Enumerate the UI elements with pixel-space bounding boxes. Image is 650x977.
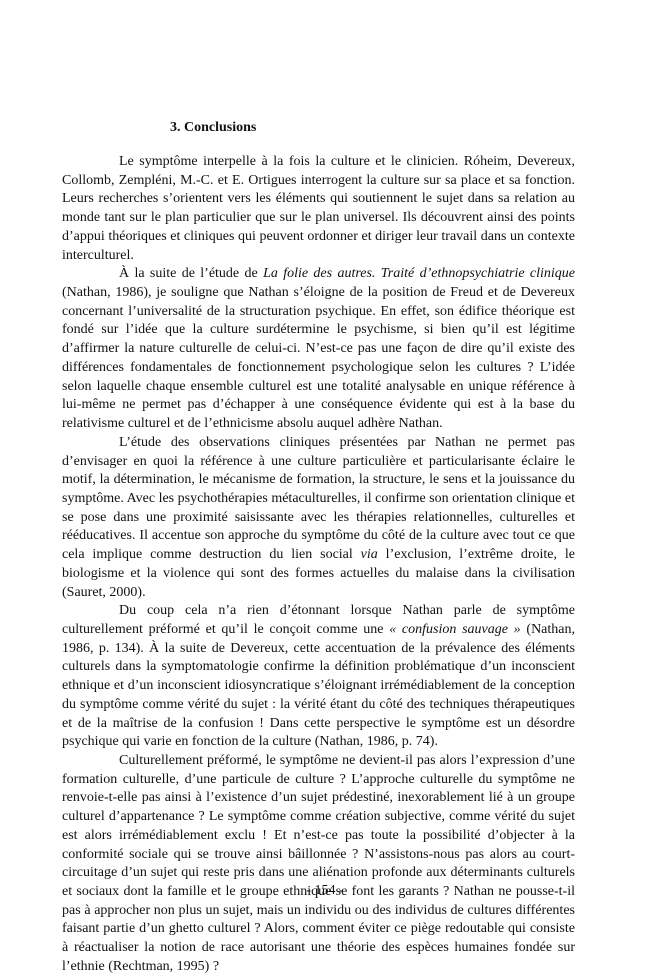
italic-term: via bbox=[361, 547, 378, 562]
text-run: cela implique comme destruction du lien … bbox=[62, 547, 361, 562]
text-line: culturel d’appartenance ? Le symptôme co… bbox=[62, 808, 575, 827]
text-line: biologisme et la violence qui sont des f… bbox=[62, 565, 575, 584]
paragraph-5: Culturellement préformé, le symptôme ne … bbox=[62, 752, 575, 977]
text-line: psychique qui varie en fonction de la cu… bbox=[62, 733, 575, 752]
text-line: différences fondamentales de fonctionnem… bbox=[62, 359, 575, 378]
book-title: La folie des autres. Traité d’ethnopsych… bbox=[263, 266, 575, 281]
text-line: conformité sociale qui se trouve ainsi b… bbox=[62, 846, 575, 865]
text-line: à réactualiser la notion de race autoris… bbox=[62, 939, 575, 958]
page-number: - 154 - bbox=[0, 883, 650, 899]
text-line: rééducatives. Il accentue son approche d… bbox=[62, 527, 575, 546]
text-line: et de la maîtrise de la confusion ! Dans… bbox=[62, 715, 575, 734]
text-line: cela implique comme destruction du lien … bbox=[62, 546, 575, 565]
paragraph-1: Le symptôme interpelle à la fois la cult… bbox=[62, 153, 575, 265]
paragraph-3: L’étude des observations cliniques prése… bbox=[62, 434, 575, 602]
text-run: l’exclusion, l’extrême droite, le bbox=[378, 547, 575, 562]
text-line: 1986, p. 134). À la suite de Devereux, c… bbox=[62, 640, 575, 659]
text-line: fondé sur l’idée que la culture surdéter… bbox=[62, 321, 575, 340]
text-line: faisant partie d’un ghetto culturel ? Al… bbox=[62, 920, 575, 939]
text-line: Collomb, Zempléni, M.-C. et E. Ortigues … bbox=[62, 172, 575, 191]
text-line: monde tant sur le plan particulier que s… bbox=[62, 209, 575, 228]
text-line: symptôme. Avec les psychothérapies métac… bbox=[62, 490, 575, 509]
text-line: d’appui théoriques et cliniques qui peuv… bbox=[62, 228, 575, 247]
text-line: culturels dans la symptomatologie confir… bbox=[62, 658, 575, 677]
paragraph-4: Du coup cela n’a rien d’étonnant lorsque… bbox=[62, 602, 575, 752]
paragraph-2: À la suite de l’étude de La folie des au… bbox=[62, 265, 575, 433]
text-line: se pose dans une proximité saisissante a… bbox=[62, 509, 575, 528]
text-line: formation culturelle, d’une particule de… bbox=[62, 771, 575, 790]
text-line: selon laquelle chaque ensemble culturel … bbox=[62, 378, 575, 397]
text-line: circuitage d’un sujet qui reste pris dan… bbox=[62, 864, 575, 883]
text-line: motif, la détermination, le mécanisme de… bbox=[62, 471, 575, 490]
document-page: 3. Conclusions Le symptôme interpelle à … bbox=[0, 0, 650, 977]
text-line: d’envisager en quoi la référence à une c… bbox=[62, 453, 575, 472]
text-line: Le symptôme interpelle à la fois la cult… bbox=[62, 153, 575, 172]
text-line: est alors irrémédiablement exclu ! Et n’… bbox=[62, 827, 575, 846]
section-heading: 3. Conclusions bbox=[170, 120, 256, 136]
text-line: À la suite de l’étude de La folie des au… bbox=[62, 265, 575, 284]
text-line: Culturellement préformé, le symptôme ne … bbox=[62, 752, 575, 771]
text-run: À la suite de l’étude de bbox=[119, 266, 263, 281]
text-line: L’étude des observations cliniques prése… bbox=[62, 434, 575, 453]
text-line: l’ethnie (Rechtman, 1995) ? bbox=[62, 958, 575, 977]
text-line: (Sauret, 2000). bbox=[62, 584, 575, 603]
text-line: pas à approcher non plus un sujet, mais … bbox=[62, 902, 575, 921]
body-text: Le symptôme interpelle à la fois la cult… bbox=[62, 153, 575, 977]
text-run: (Nathan, bbox=[521, 622, 575, 637]
text-line: renvoie-t-elle pas ainsi à l’existence d… bbox=[62, 789, 575, 808]
text-line: lui-même ne permet pas d’échapper à une … bbox=[62, 396, 575, 415]
text-line: relativisme culturel et de l’ethnicisme … bbox=[62, 415, 575, 434]
italic-quote: « confusion sauvage » bbox=[389, 622, 520, 637]
text-line: ethnique et d’un inconscient idiosyncrat… bbox=[62, 677, 575, 696]
text-line: culturellement préformé et qu’il le conç… bbox=[62, 621, 575, 640]
text-line: (Nathan, 1986), je souligne que Nathan s… bbox=[62, 284, 575, 303]
text-line: d’affirmer la nature culturelle de celui… bbox=[62, 340, 575, 359]
text-run: culturellement préformé et qu’il le conç… bbox=[62, 622, 389, 637]
text-line: Du coup cela n’a rien d’étonnant lorsque… bbox=[62, 602, 575, 621]
text-line: concernant l’universalité de la structur… bbox=[62, 303, 575, 322]
text-line: du symptôme comme vérité du sujet : la v… bbox=[62, 696, 575, 715]
text-line: interculturel. bbox=[62, 247, 575, 266]
text-line: Leurs recherches s’orientent vers les él… bbox=[62, 190, 575, 209]
